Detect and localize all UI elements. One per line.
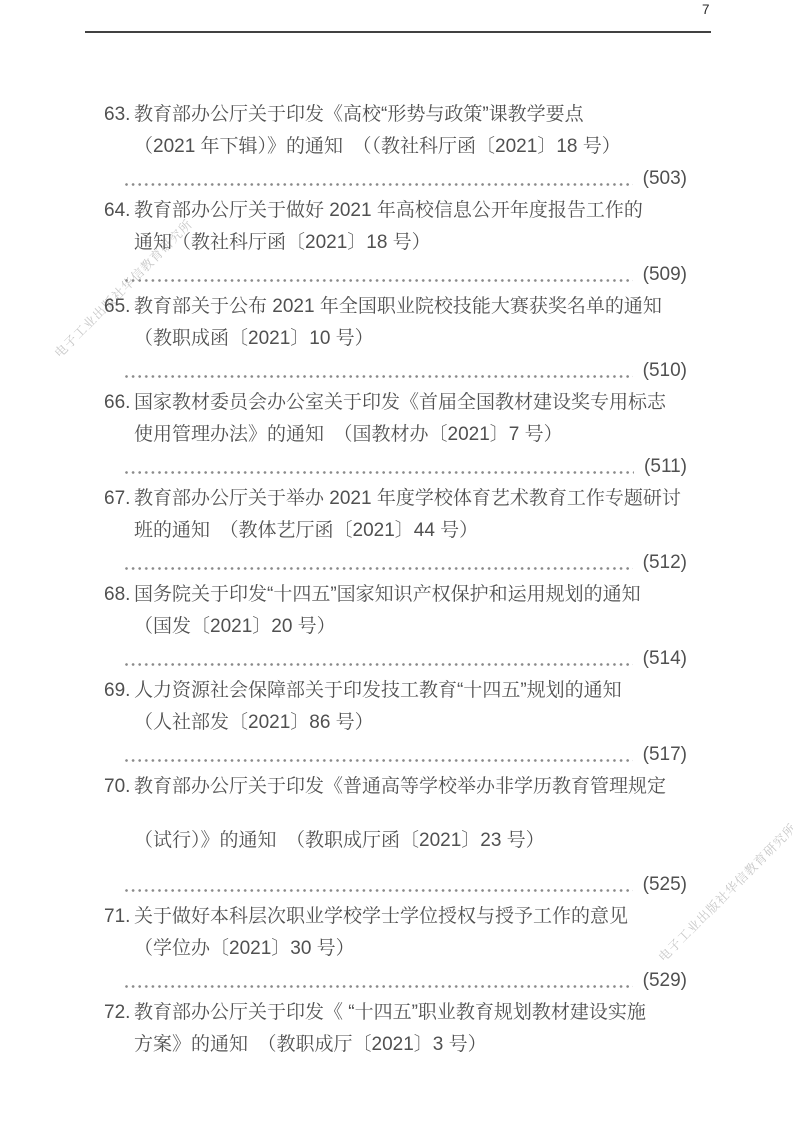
dotted-leader: [125, 183, 633, 186]
toc-page-ref: (511): [644, 451, 687, 483]
toc-entry-title-text: 教育部办公厅关于举办 2021 年度学校体育艺术教育工作专题研讨: [134, 488, 681, 509]
toc-entry-number: 67.: [104, 483, 130, 515]
dotted-leader: [125, 279, 633, 282]
toc-leader-row: (514): [125, 643, 687, 675]
toc-entry-title-text: 教育部办公厅关于印发《 “十四五”职业教育规划教材建设实施: [134, 1002, 646, 1023]
toc-entry-line1: 68.国务院关于印发“十四五”国家知识产权保护和运用规划的通知: [134, 579, 687, 611]
toc-entry-number: 69.: [104, 675, 130, 707]
toc-entry-number: 71.: [104, 901, 130, 933]
toc-entry-line1: 70.教育部办公厅关于印发《普通高等学校举办非学历教育管理规定: [134, 771, 687, 803]
toc-page-ref: (525): [643, 869, 687, 901]
toc-entry: 63.教育部办公厅关于印发《高校“形势与政策”课教学要点 （2021 年下辑）》…: [104, 99, 687, 195]
document-page: 7 电子工业出版社华信教育研究所 电子工业出版社华信教育研究所 63.教育部办公…: [0, 0, 793, 1122]
dotted-leader: [125, 985, 633, 988]
toc-leader-row: (529): [125, 965, 687, 997]
toc-entry: 68.国务院关于印发“十四五”国家知识产权保护和运用规划的通知 （国发〔2021…: [104, 579, 687, 675]
toc-entry-line2: （2021 年下辑）》的通知 （（教社科厅函〔2021〕18 号）: [134, 131, 687, 163]
toc-entry-title-text: 教育部办公厅关于做好 2021 年高校信息公开年度报告工作的: [134, 200, 643, 221]
toc-entry-line2: （人社部发〔2021〕86 号）: [134, 707, 687, 739]
toc-entry: 70.教育部办公厅关于印发《普通高等学校举办非学历教育管理规定 （试行）》的通知…: [104, 771, 687, 901]
toc-page-ref: (512): [643, 547, 687, 579]
toc-page-ref: (517): [643, 739, 687, 771]
toc-page-ref: (509): [643, 259, 687, 291]
dotted-leader: [125, 471, 634, 474]
toc-entry-title-text: 关于做好本科层次职业学校学士学位授权与授予工作的意见: [134, 906, 628, 927]
toc-entry-line2: 通知（教社科厅函〔2021〕18 号）: [134, 227, 687, 259]
toc-leader-row: (512): [125, 547, 687, 579]
toc-entry-line2: 方案》的通知 （教职成厅〔2021〕3 号）: [134, 1029, 687, 1061]
page-number: 7: [702, 2, 710, 17]
toc-entry-line2: （试行）》的通知 （教职成厅函〔2021〕23 号）: [134, 825, 687, 857]
toc-entry-title-text: 教育部办公厅关于印发《高校“形势与政策”课教学要点: [134, 104, 584, 125]
toc-entry: 72.教育部办公厅关于印发《 “十四五”职业教育规划教材建设实施 方案》的通知 …: [104, 997, 687, 1061]
toc-entry: 64.教育部办公厅关于做好 2021 年高校信息公开年度报告工作的 通知（教社科…: [104, 195, 687, 291]
toc-entry-line2: 使用管理办法》的通知 （国教材办〔2021〕7 号）: [134, 419, 687, 451]
toc-entry-number: 72.: [104, 997, 130, 1029]
toc-entry: 67.教育部办公厅关于举办 2021 年度学校体育艺术教育工作专题研讨 班的通知…: [104, 483, 687, 579]
toc-entry-line1: 66.国家教材委员会办公室关于印发《首届全国教材建设奖专用标志: [134, 387, 687, 419]
dotted-leader: [125, 375, 633, 378]
toc-page-ref: (510): [643, 355, 687, 387]
toc-entry-number: 68.: [104, 579, 130, 611]
toc-page-ref: (529): [643, 965, 687, 997]
toc-entry: 71.关于做好本科层次职业学校学士学位授权与授予工作的意见 （学位办〔2021〕…: [104, 901, 687, 997]
toc-entry-line1: 63.教育部办公厅关于印发《高校“形势与政策”课教学要点: [134, 99, 687, 131]
toc-leader-row: (503): [125, 163, 687, 195]
toc-entry-line2: （学位办〔2021〕30 号）: [134, 933, 687, 965]
dotted-leader: [125, 663, 633, 666]
dotted-leader: [125, 759, 633, 762]
toc-entry-title-text: 国家教材委员会办公室关于印发《首届全国教材建设奖专用标志: [134, 392, 666, 413]
toc-entry-number: 70.: [104, 771, 130, 803]
toc-leader-row: (511): [125, 451, 687, 483]
toc-entry-line2: （国发〔2021〕20 号）: [134, 611, 687, 643]
toc-leader-row: (525): [125, 869, 687, 901]
dotted-leader: [125, 567, 633, 570]
toc-page-ref: (514): [643, 643, 687, 675]
toc-entry-line1: 72.教育部办公厅关于印发《 “十四五”职业教育规划教材建设实施: [134, 997, 687, 1029]
toc-entry-number: 63.: [104, 99, 130, 131]
toc-entry-title-text: 教育部办公厅关于印发《普通高等学校举办非学历教育管理规定: [134, 776, 666, 797]
toc-entry-line1: 64.教育部办公厅关于做好 2021 年高校信息公开年度报告工作的: [134, 195, 687, 227]
dotted-leader: [125, 889, 633, 892]
header-rule: [85, 31, 711, 33]
toc-entry-number: 66.: [104, 387, 130, 419]
toc-entry-title-text: 国务院关于印发“十四五”国家知识产权保护和运用规划的通知: [134, 584, 641, 605]
toc-entry-number: 65.: [104, 291, 130, 323]
toc-entry-line1: 71.关于做好本科层次职业学校学士学位授权与授予工作的意见: [134, 901, 687, 933]
toc-entry-title-text: 教育部关于公布 2021 年全国职业院校技能大赛获奖名单的通知: [134, 296, 662, 317]
toc-entry-number: 64.: [104, 195, 130, 227]
toc-list: 63.教育部办公厅关于印发《高校“形势与政策”课教学要点 （2021 年下辑）》…: [104, 99, 687, 1061]
toc-entry: 66.国家教材委员会办公室关于印发《首届全国教材建设奖专用标志 使用管理办法》的…: [104, 387, 687, 483]
toc-entry: 69.人力资源社会保障部关于印发技工教育“十四五”规划的通知 （人社部发〔202…: [104, 675, 687, 771]
toc-entry-title-text: 人力资源社会保障部关于印发技工教育“十四五”规划的通知: [134, 680, 622, 701]
toc-entry-line1: 65.教育部关于公布 2021 年全国职业院校技能大赛获奖名单的通知: [134, 291, 687, 323]
toc-leader-row: (509): [125, 259, 687, 291]
toc-leader-row: (517): [125, 739, 687, 771]
toc-page-ref: (503): [643, 163, 687, 195]
toc-entry-line1: 69.人力资源社会保障部关于印发技工教育“十四五”规划的通知: [134, 675, 687, 707]
toc-entry-line2: 班的通知 （教体艺厅函〔2021〕44 号）: [134, 515, 687, 547]
toc-entry-line1: 67.教育部办公厅关于举办 2021 年度学校体育艺术教育工作专题研讨: [134, 483, 687, 515]
toc-entry: 65.教育部关于公布 2021 年全国职业院校技能大赛获奖名单的通知 （教职成函…: [104, 291, 687, 387]
toc-entry-line2: （教职成函〔2021〕10 号）: [134, 323, 687, 355]
toc-leader-row: (510): [125, 355, 687, 387]
